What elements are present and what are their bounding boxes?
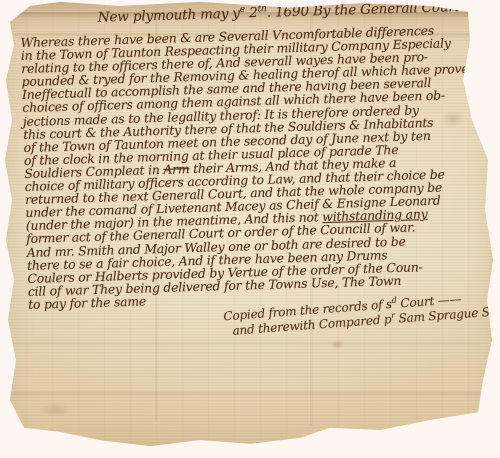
manuscript-paper: New plymouth may ye 2th. 1690 By the Gen… (0, 0, 500, 458)
fold-crease-lower (10, 342, 480, 348)
fold-crease-bottom (10, 392, 480, 400)
manuscript-text: New plymouth may ye 2th. 1690 By the Gen… (20, 0, 493, 311)
ink-stain (330, 339, 344, 350)
age-stain (40, 403, 70, 417)
manuscript-lines: New plymouth may ye 2th. 1690 By the Gen… (20, 0, 493, 311)
